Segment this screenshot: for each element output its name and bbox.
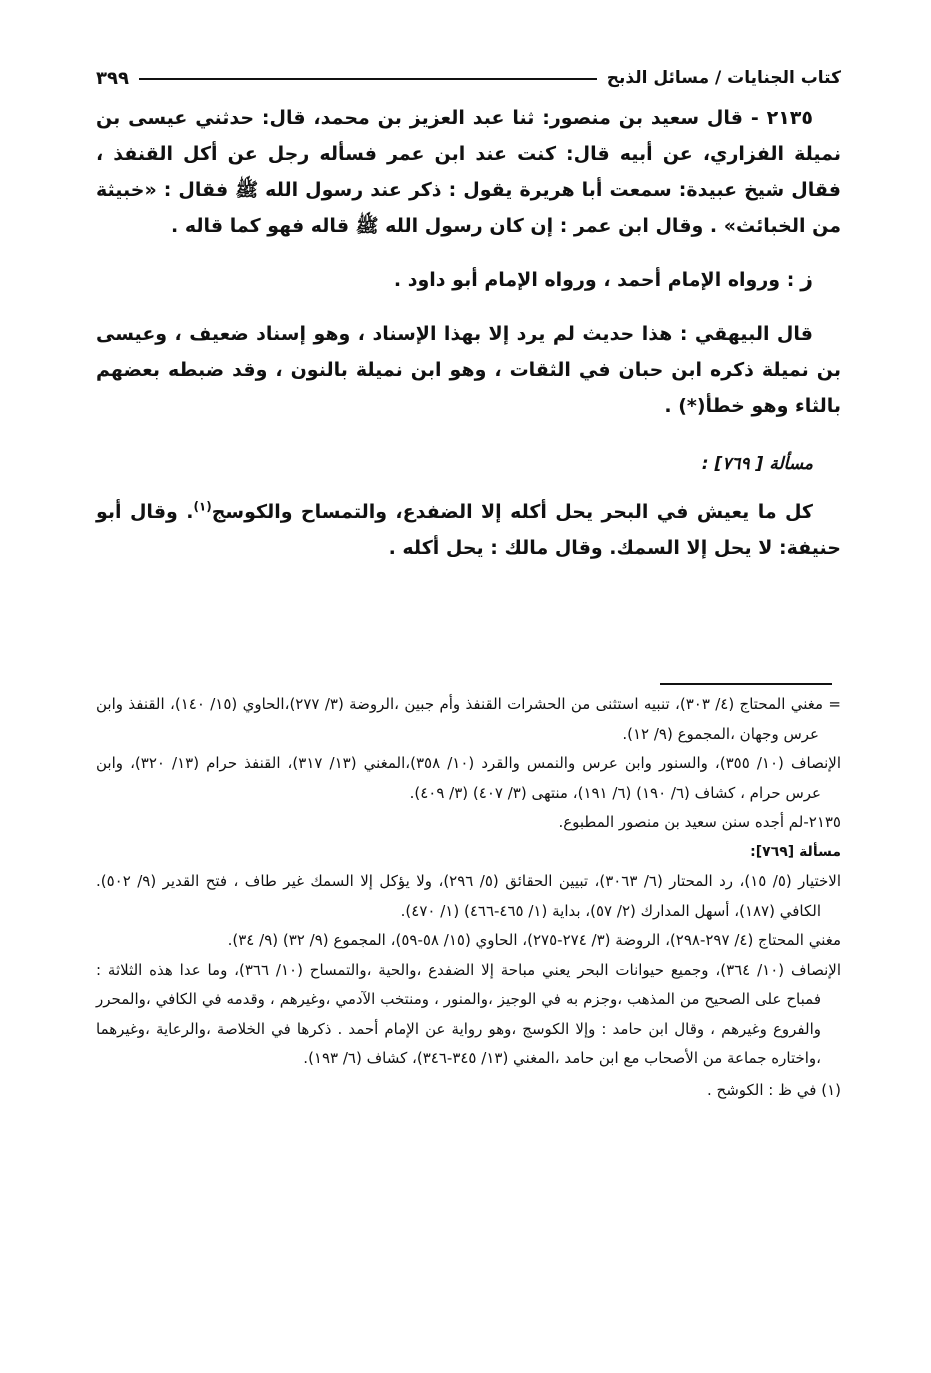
zawaid-mark: ز — [800, 267, 813, 292]
masala-text-part1: كل ما يعيش في البحر يحل أكله إلا الضفدع،… — [212, 501, 813, 523]
footnote-mughni-muhtaj: مغني المحتاج (٤/ ٢٩٧-٢٩٨)، الروضة (٣/ ٢٧… — [96, 926, 841, 956]
footnote-masala-heading: مسألة [٧٦٩]: — [96, 838, 841, 868]
footnote-reference-1[interactable]: (١) — [193, 500, 211, 514]
zawaid-note: ز: ورواه الإمام أحمد ، ورواه الإمام أبو … — [96, 262, 841, 298]
book-chapter-title: كتاب الجنايات / مسائل الذبح — [601, 68, 841, 88]
footnote-hadith-2135: ٢١٣٥-لم أجده سنن سعيد بن منصور المطبوع. — [96, 808, 841, 838]
footnotes: = مغني المحتاج (٤/ ٣٠٣)، تنبيه استثنى من… — [96, 690, 841, 1105]
footnote-insaf-2: الإنصاف (١٠/ ٣٦٤)، وجميع حيوانات البحر ي… — [96, 956, 841, 1074]
footnote-separator — [660, 683, 832, 685]
main-text: ٢١٣٥ - قال سعيد بن منصور: ثنا عبد العزيز… — [96, 100, 841, 566]
footnote-insaf-1: الإنصاف (١٠/ ٣٥٥)، والسنور وابن عرس والن… — [96, 749, 841, 808]
zawaid-text: : ورواه الإمام أحمد ، ورواه الإمام أبو د… — [394, 269, 794, 291]
running-header: كتاب الجنايات / مسائل الذبح ٣٩٩ — [96, 60, 841, 96]
footnote-1: (١) في ظ : الكوشح . — [96, 1076, 841, 1106]
header-rule — [139, 78, 597, 80]
book-page: كتاب الجنايات / مسائل الذبح ٣٩٩ ٢١٣٥ - ق… — [96, 60, 841, 566]
hadith-2135: ٢١٣٥ - قال سعيد بن منصور: ثنا عبد العزيز… — [96, 100, 841, 244]
page-number: ٣٩٩ — [96, 68, 135, 89]
masala-769-heading: مسألة [ ٧٦٩] : — [96, 446, 841, 482]
bayhaqi-comment: قال البيهقي : هذا حديث لم يرد إلا بهذا ا… — [96, 316, 841, 424]
masala-769-text: كل ما يعيش في البحر يحل أكله إلا الضفدع،… — [96, 494, 841, 566]
footnote-continuation: = مغني المحتاج (٤/ ٣٠٣)، تنبيه استثنى من… — [96, 690, 841, 749]
footnote-ikhtiyar: الاختيار (٥/ ١٥)، رد المحتار (٦/ ٣٠٦٣)، … — [96, 867, 841, 926]
